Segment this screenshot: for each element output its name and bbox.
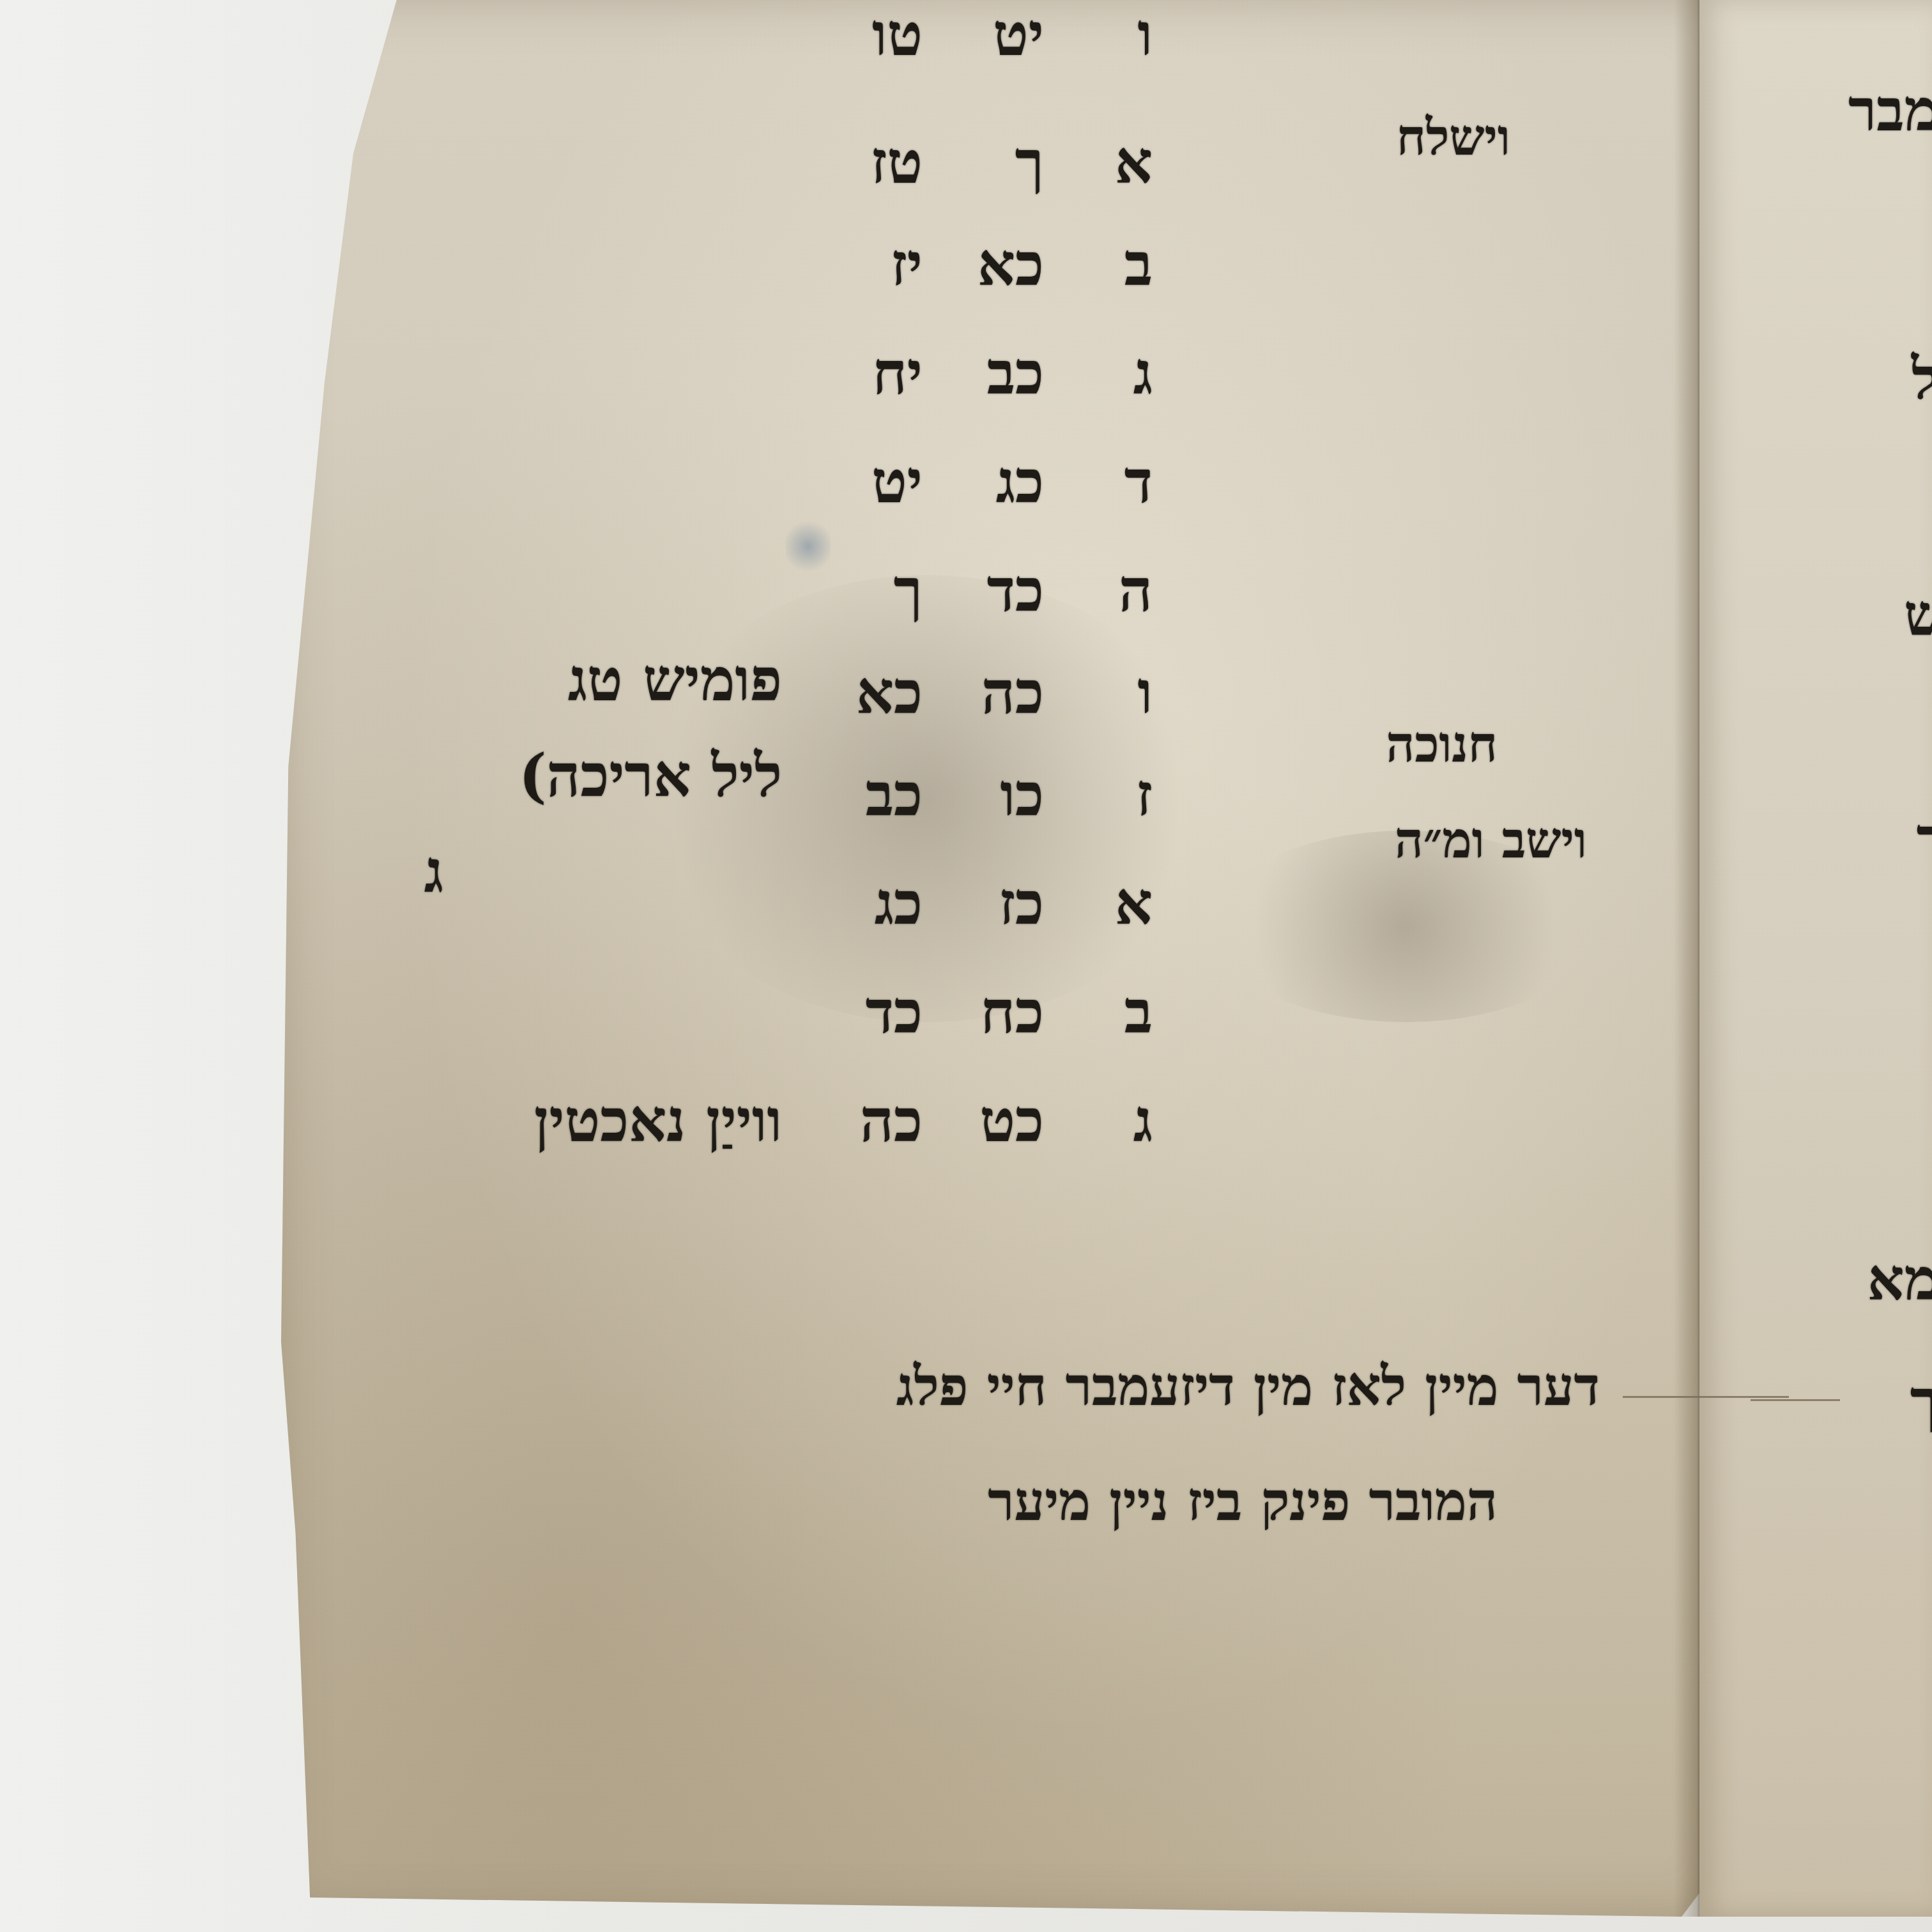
civil-day-cell: יט [871,447,923,516]
hebrew-day-cell: כח [981,977,1044,1046]
civil-day-cell: כה [860,1086,923,1155]
hebrew-day-cell: כד [987,556,1044,625]
weekday-cell: ו [1137,0,1153,69]
right-page-fragment: ך [1910,1367,1932,1435]
civil-day-cell: טו [872,0,923,69]
hebrew-day-cell: כה [981,658,1044,727]
civil-day-cell: כא [856,658,923,727]
right-page-fragment: ש [1904,581,1932,649]
weekday-cell: ד [1124,447,1153,516]
civil-day-cell: ך [894,556,923,625]
weekday-cell: א [1115,128,1153,197]
footer-line-1: דער מיין לאז מין דיזעמבר חיי פלג [896,1354,1600,1418]
hebrew-day-cell: כב [987,339,1044,408]
weekday-cell: ז [1136,760,1153,829]
weekday-cell: ג [1133,339,1153,408]
civil-day-cell: יז [891,230,923,299]
hebrew-day-cell: כז [999,869,1044,938]
hebrew-day-cell: כא [977,230,1044,299]
binding-thread [1623,1396,1789,1398]
note-cell: ווייַן נאכטין [534,1086,782,1155]
civil-day-cell: כג [875,869,923,938]
hebrew-day-cell: יט [993,0,1044,69]
right-page-fragment: מבר [1848,77,1932,144]
footer-line-2: המובר פינק ביז ניין מיער [988,1469,1498,1533]
weekday-cell: א [1115,869,1153,938]
civil-day-cell: כב [866,760,923,829]
hebrew-day-cell: כג [996,447,1044,516]
right-page-fragment: ר [1917,805,1932,873]
note-cell: ג [424,837,443,906]
note-cell: פומיש טג [568,645,782,714]
blue-ink-stain [786,517,831,575]
right-page-fragment: מא [1867,1246,1932,1314]
hebrew-day-cell: ך [1015,128,1044,197]
hebrew-day-cell: כט [979,1086,1044,1155]
weekday-cell: ב [1124,977,1153,1046]
right-page-fragment: ל [1912,345,1932,413]
parsha-label-vayeshev: וישב ומ״ה [1395,811,1587,870]
hebrew-day-cell: כו [1000,760,1044,829]
note-cell: ליל אריכה) [519,741,782,810]
weekday-cell: ג [1133,1086,1153,1155]
binding-thread [1751,1399,1840,1401]
weekday-cell: ב [1124,230,1153,299]
holiday-label-chanukah: חנוכה [1386,716,1498,774]
weekday-cell: ו [1137,658,1153,727]
civil-day-cell: יח [872,339,923,408]
right-page [1699,0,1932,1917]
civil-day-cell: טז [871,128,923,197]
parsha-label-vayishlach: וישלח [1397,109,1510,167]
weekday-cell: ה [1119,556,1153,625]
civil-day-cell: כד [866,977,923,1046]
